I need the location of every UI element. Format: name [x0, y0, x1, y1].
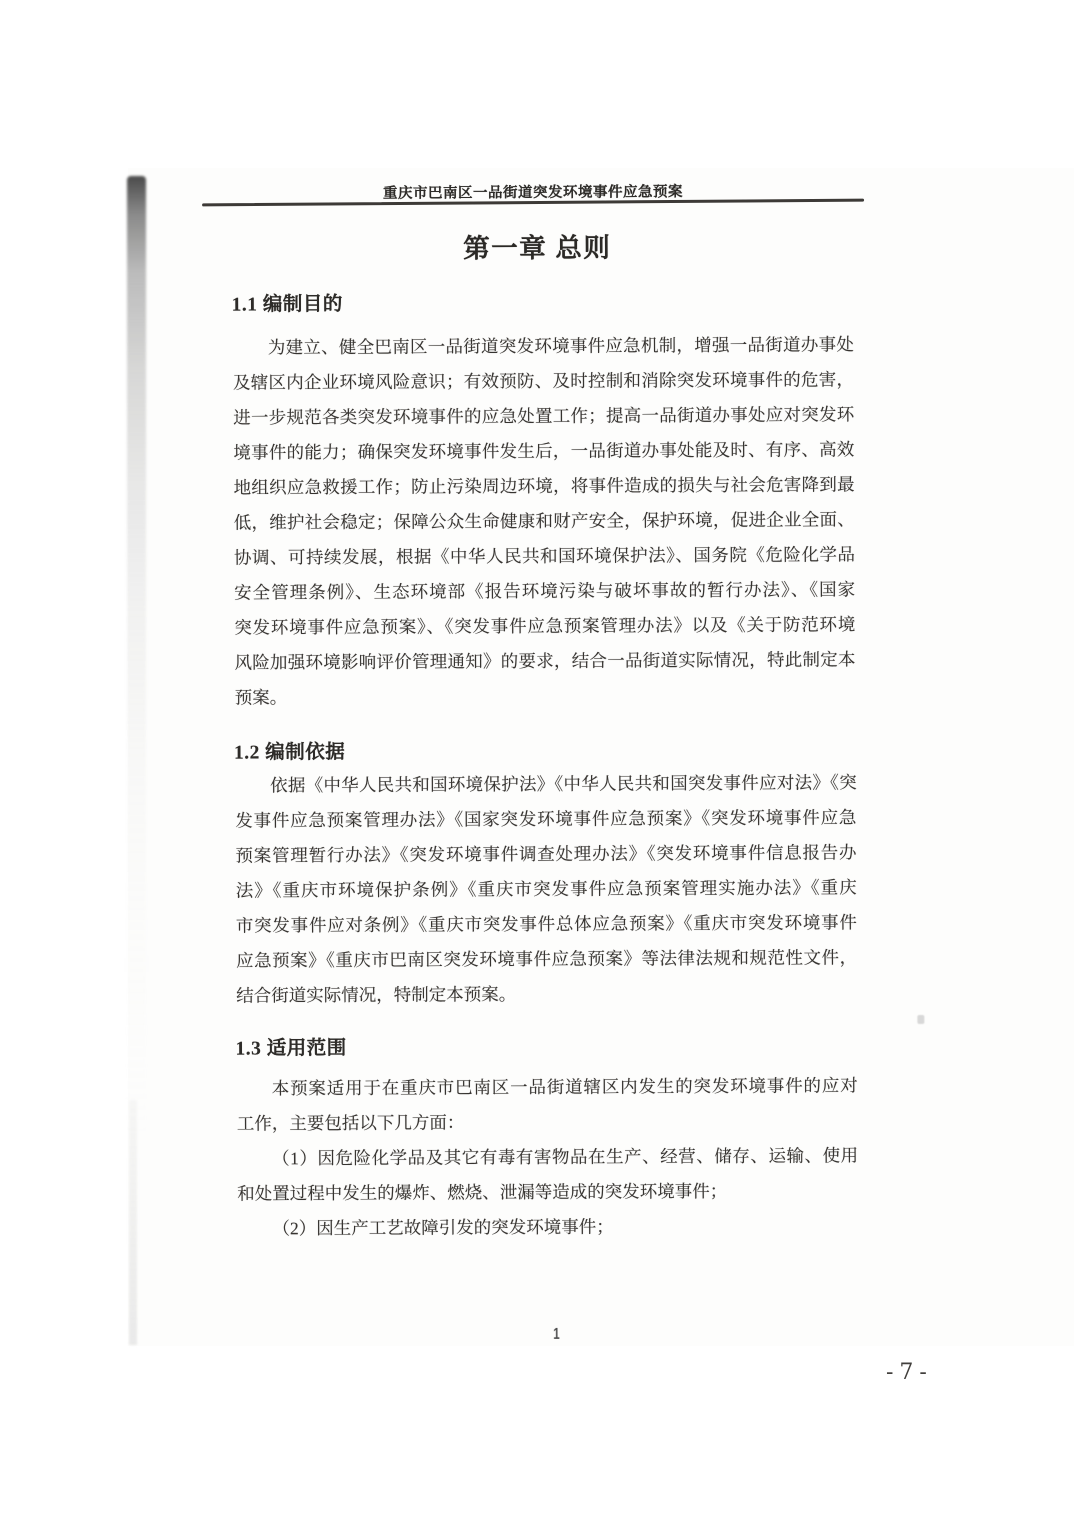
section-heading-1-3: 1.3 适用范围 [235, 1032, 346, 1061]
section-1-3-paragraph: 本预案适用于在重庆市巴南区一品街道辖区内发生的突发环境事件的应对 工作，主要包括… [237, 1068, 859, 1246]
section-1-2-paragraph: 依据《中华人民共和国环境保护法》《中华人民共和国突发事件应对法》《突 发事件应急… [235, 765, 857, 1013]
text-line: 发事件应急预案管理办法》《国家突发环境事件应急预案》《突发环境事件应急 [235, 800, 856, 838]
text-line: 法》《重庆市环境保护条例》《重庆市突发事件应急预案管理实施办法》《重庆 [236, 870, 857, 908]
text-line: （2）因生产工艺故障引发的突发环境事件； [237, 1208, 858, 1246]
text-line: 为建立、健全巴南区一品街道突发环境事件应急机制，增强一品街道办事处 [233, 327, 854, 365]
text-line: 安全管理条例》、生态环境部《报告环境污染与破坏事故的暂行办法》、《国家 [234, 572, 855, 610]
text-line: 低，维护社会稳定；保障公众生命健康和财产安全，保护环境，促进企业全面、 [234, 502, 855, 540]
text-line: 及辖区内企业环境风险意识；有效预防、及时控制和消除突发环境事件的危害， [233, 362, 854, 400]
text-line: 协调、可持续发展，根据《中华人民共和国环境保护法》、国务院《危险化学品 [234, 537, 855, 575]
text-line: 应急预案》《重庆市巴南区突发环境事件应急预案》等法律法规和规范性文件， [236, 940, 857, 978]
text-line: 风险加强环境影响评价管理通知》的要求，结合一品街道实际情况，特此制定本 [234, 642, 855, 680]
section-heading-1-1: 1.1 编制目的 [232, 288, 343, 317]
page-number: -7- [886, 1360, 933, 1385]
text-line: 市突发事件应对条例》《重庆市突发事件总体应急预案》《重庆市突发环境事件 [236, 905, 857, 943]
text-line: 本预案适用于在重庆市巴南区一品街道辖区内发生的突发环境事件的应对 [237, 1068, 858, 1106]
page-content: 重庆市巴南区一品街道突发环境事件应急预案 第一章 总则 1.1 编制目的 为建立… [0, 0, 1074, 1520]
section-heading-1-2: 1.2 编制依据 [234, 736, 345, 765]
text-line: 进一步规范各类突发环境事件的应急处置工作；提高一品街道办事处应对突发环 [233, 397, 854, 435]
scanned-document-page: 重庆市巴南区一品街道突发环境事件应急预案 第一章 总则 1.1 编制目的 为建立… [0, 0, 1074, 1520]
text-line: 预案管理暂行办法》《突发环境事件调查处理办法》《突发环境事件信息报告办 [235, 835, 856, 873]
text-line: 和处置过程中发生的爆炸、燃烧、泄漏等造成的突发环境事件； [237, 1173, 858, 1211]
chapter-title: 第一章 总则 [222, 224, 852, 266]
text-line: 结合街道实际情况，特制定本预案。 [236, 975, 857, 1013]
text-line: 工作，主要包括以下几方面： [237, 1103, 858, 1141]
scan-inner-page-number: 1 [553, 1326, 560, 1344]
text-line: 依据《中华人民共和国环境保护法》《中华人民共和国突发事件应对法》《突 [235, 765, 856, 803]
section-1-1-paragraph: 为建立、健全巴南区一品街道突发环境事件应急机制，增强一品街道办事处 及辖区内企业… [233, 327, 856, 715]
text-line: （1）因危险化学品及其它有毒有害物品在生产、经营、储存、运输、使用 [237, 1138, 858, 1176]
text-line: 地组织应急救援工作；防止污染周边环境，将事件造成的损失与社会危害降到最 [233, 467, 854, 505]
text-line: 突发环境事件应急预案》、《突发事件应急预案管理办法》以及《关于防范环境 [234, 607, 855, 645]
text-line: 预案。 [235, 677, 856, 715]
text-line: 境事件的能力；确保突发环境事件发生后，一品街道办事处能及时、有序、高效 [233, 432, 854, 470]
scan-artifact-speck [917, 1015, 924, 1024]
